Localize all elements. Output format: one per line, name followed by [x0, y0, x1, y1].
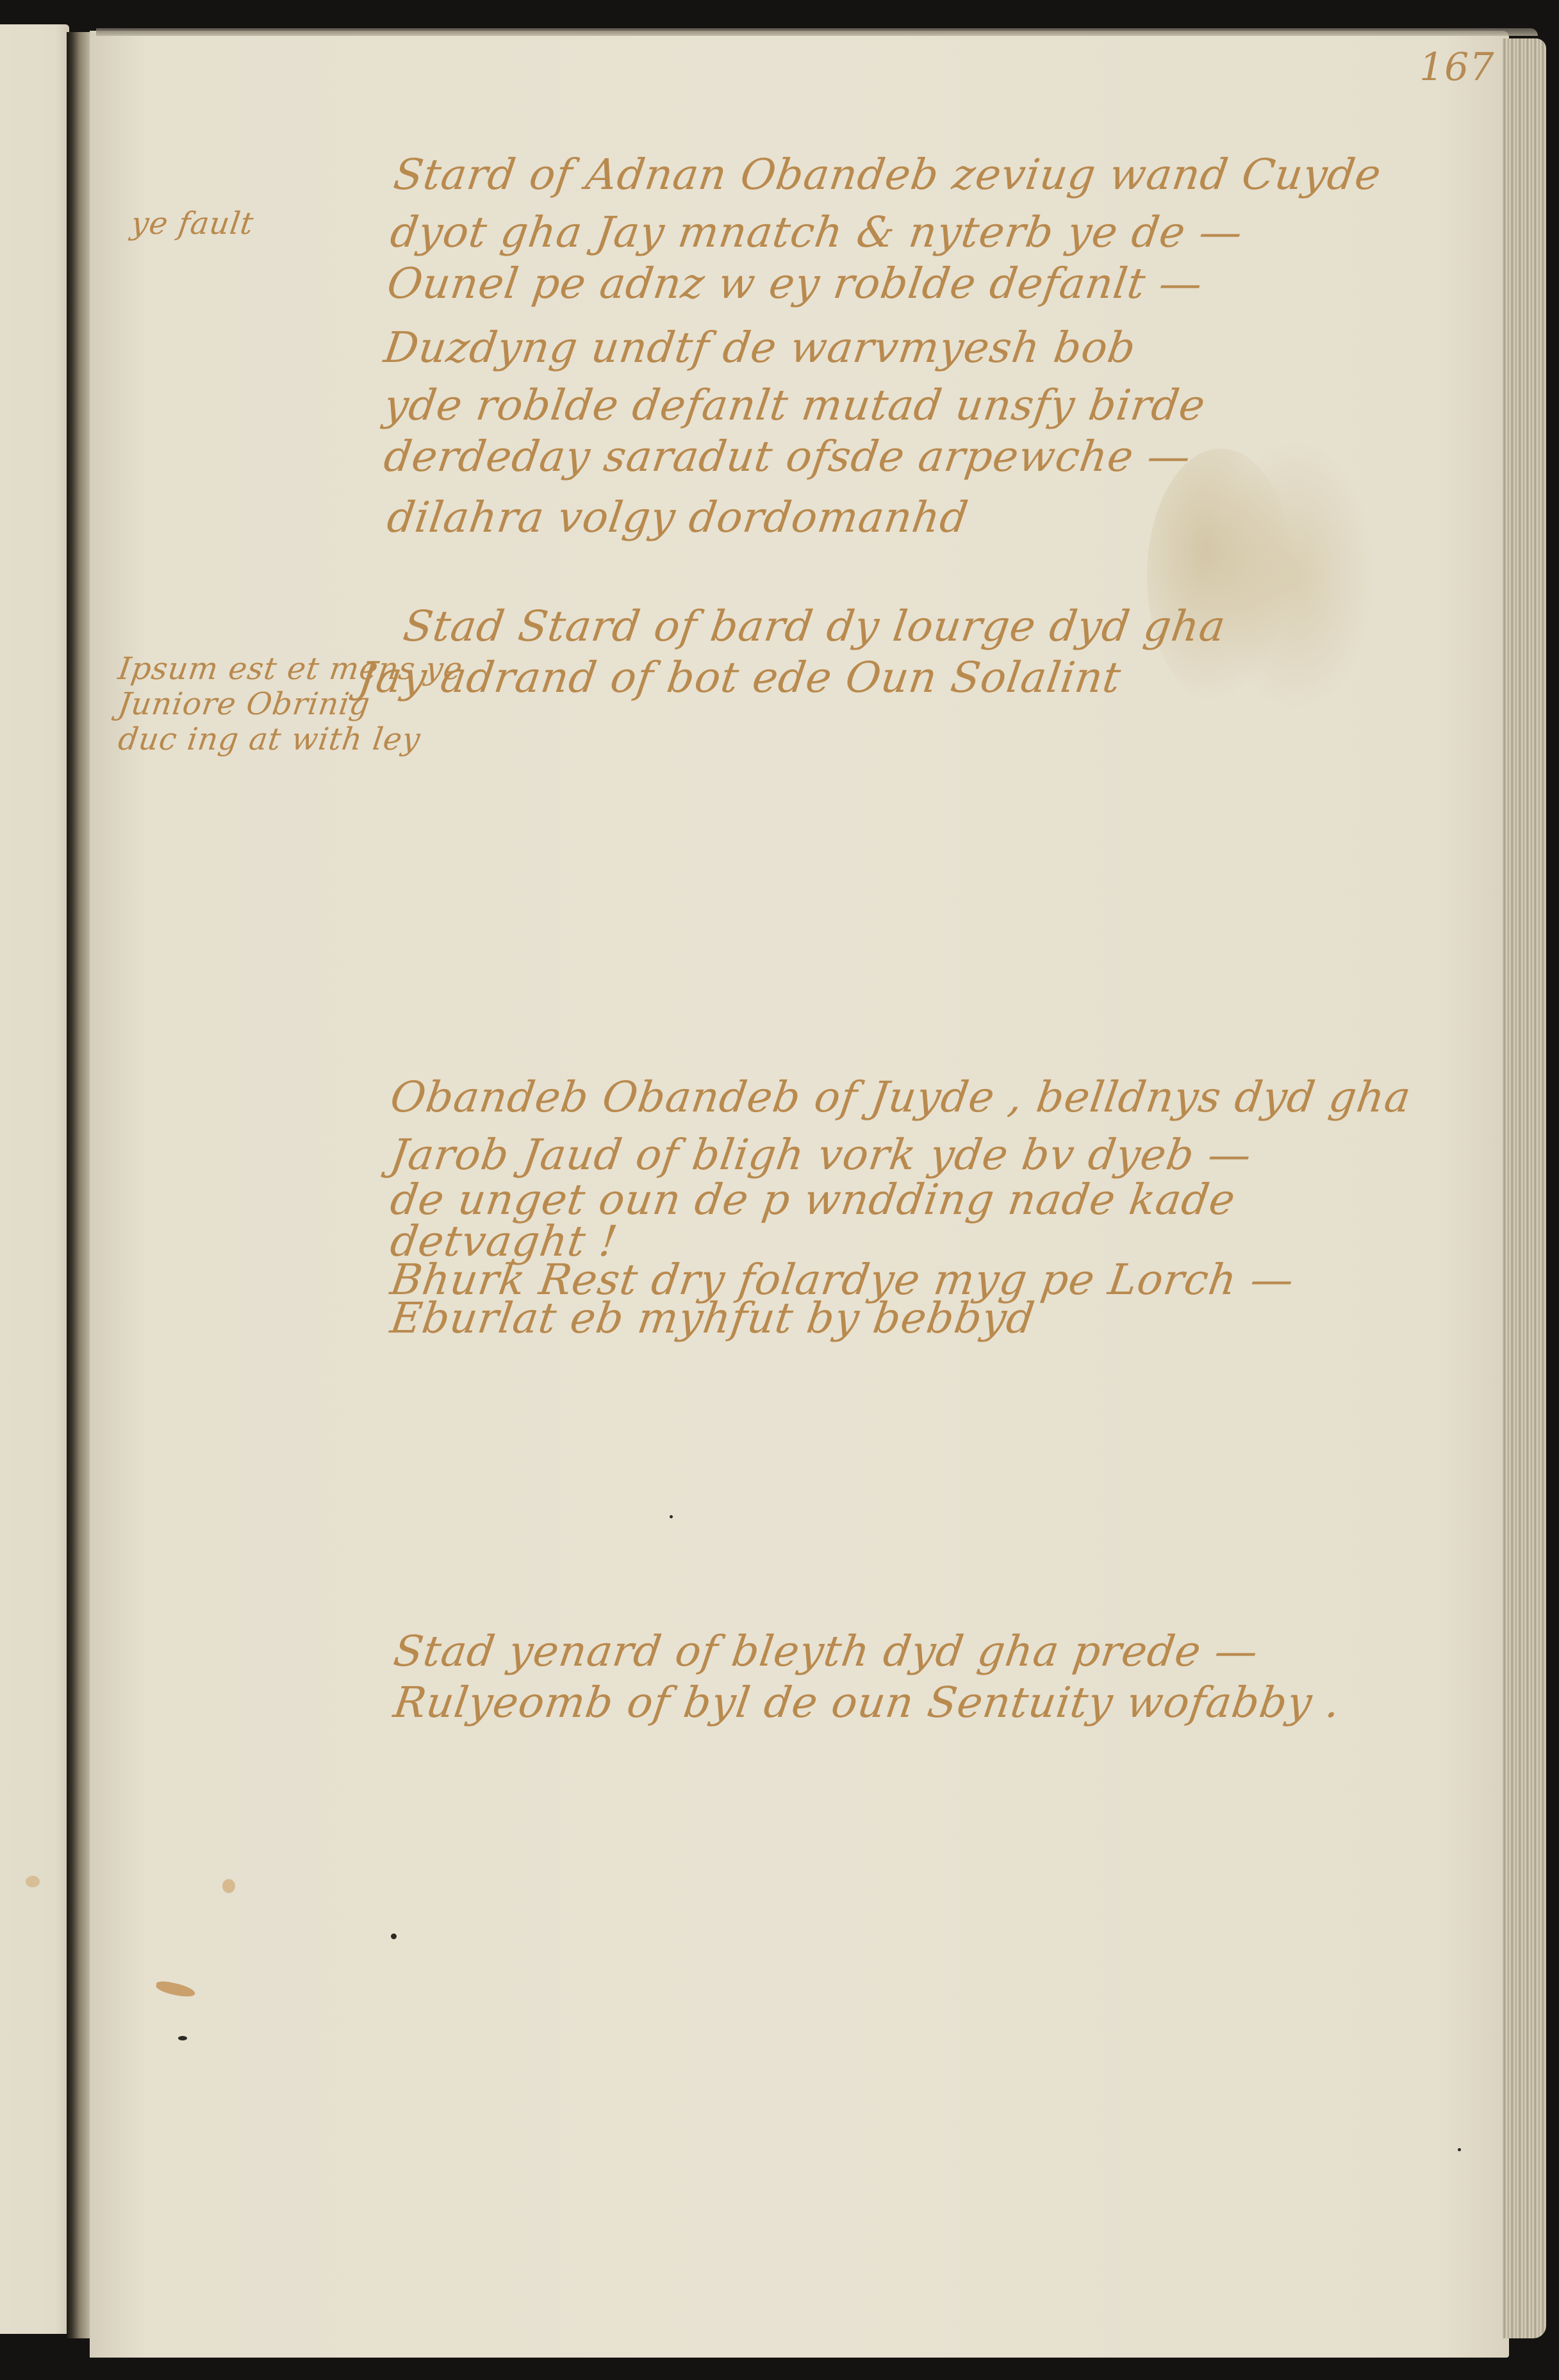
entry-line: de unget oun de p wndding nade kade [388, 1179, 1238, 1221]
folio-number: 167 [1419, 45, 1495, 90]
entry-line: Eburlat eb myhfut by bebbyd [388, 1297, 1037, 1340]
entry-line: Stad yenard of bleyth dyd gha prede — [391, 1630, 1260, 1673]
entry-line: dyot gha Jay mnatch & nyterb ye de — [388, 211, 1245, 254]
entry-line: Rulyeomb of byl de oun Sentuity wofabby … [391, 1682, 1343, 1724]
entry-line: Stard of Adnan Obandeb zeviug wand Cuyde [391, 154, 1383, 196]
entry-line: derdeday saradut ofsde arpewche — [381, 436, 1193, 478]
margin-note-line: duc ing at with ley [117, 724, 423, 755]
water-stain [1147, 448, 1294, 705]
entry-line: Duzdyng undtf de warvmyesh bob [381, 327, 1138, 369]
page-top-edge [96, 28, 1538, 36]
entry-line: Ounel pe adnz w ey roblde defanlt — [384, 263, 1205, 305]
dirt-speck [178, 2036, 187, 2040]
entry-line: yde roblde defanlt mutad unsfy birde [381, 384, 1208, 427]
margin-note: ye fault [129, 208, 256, 239]
entry-line: Obandeb Obandeb of Juyde , belldnys dyd … [388, 1076, 1414, 1119]
foxing-spot [222, 1879, 235, 1893]
entry-line: Stad Stard of bard dy lourge dyd gha [400, 605, 1228, 648]
page-stack-edge [1503, 38, 1546, 2338]
margin-note-line: Juniore Obrinig [117, 689, 372, 719]
dirt-speck [1458, 2148, 1461, 2151]
entry-line: Jarob Jaud of bligh vork yde bv dyeb — [388, 1134, 1254, 1176]
foxing-spot [26, 1876, 40, 1887]
entry-line: dilahra volgy dordomanhd [384, 497, 971, 539]
dirt-speck [670, 1515, 673, 1518]
entry-line: Jay adrand of bot ede Oun Solalint [356, 657, 1123, 699]
left-page-edge [0, 24, 69, 2334]
dirt-speck [391, 1933, 397, 1939]
